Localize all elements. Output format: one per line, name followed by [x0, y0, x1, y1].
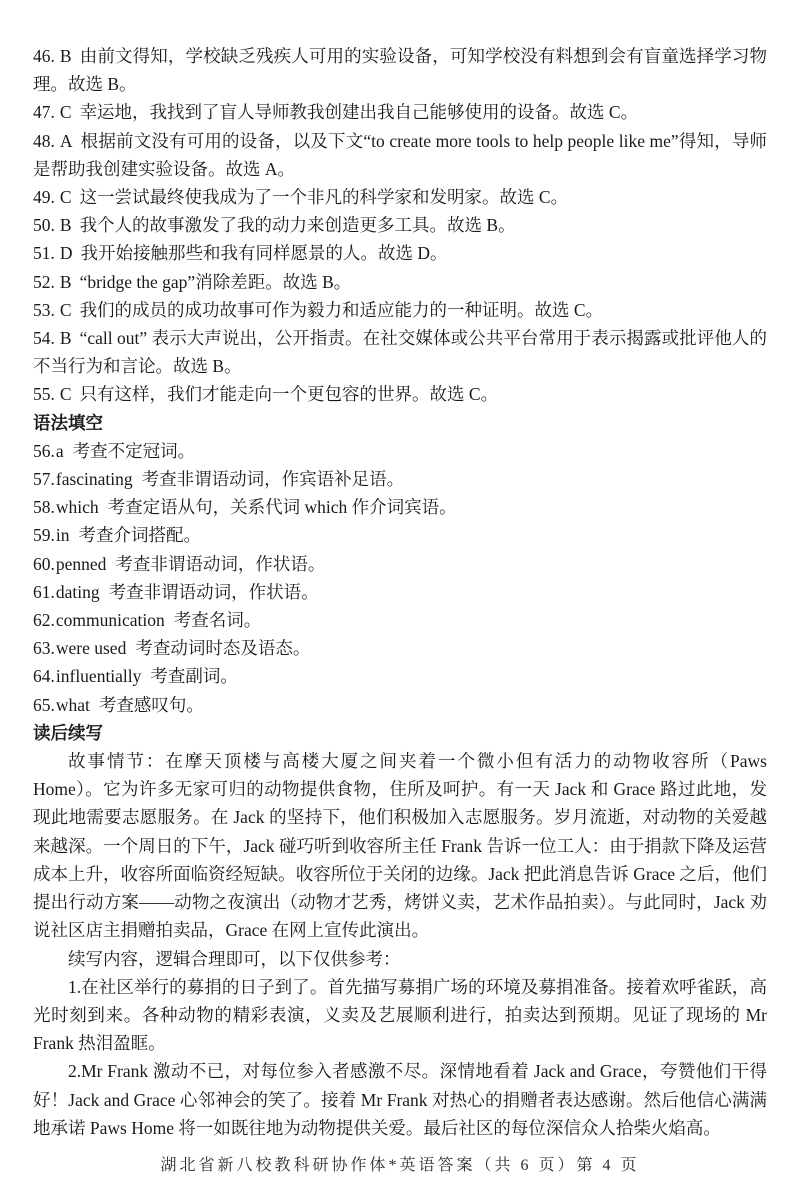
writing-note-paragraph: 续写内容，逻辑合理即可，以下仅供参考： [33, 945, 767, 973]
answer-word: what [56, 695, 90, 715]
grammar-note: 考查动词时态及语态。 [135, 638, 310, 658]
explanation-text: 根据前文没有可用的设备，以及下文“to create more tools to… [33, 131, 767, 179]
grammar-note: 考查名词。 [174, 610, 262, 630]
grammar-item-59: 59.in考查介词搭配。 [33, 521, 767, 549]
grammar-note: 考查非谓语动词，作状语。 [109, 582, 319, 602]
question-number: 57. [33, 469, 55, 489]
answer-item-47: 47.C幸运地，我找到了盲人导师教我创建出我自己能够使用的设备。故选 C。 [33, 98, 767, 126]
grammar-note: 考查非谓语动词，作状语。 [115, 554, 325, 574]
writing-plot-paragraph: 故事情节：在摩天顶楼与高楼大厦之间夹着一个微小但有活力的动物收容所（Paws H… [33, 747, 767, 944]
grammar-item-65: 65.what考查感叹句。 [33, 691, 767, 719]
grammar-item-62: 62.communication考查名词。 [33, 606, 767, 634]
answer-item-50: 50.B我个人的故事激发了我的动力来创造更多工具。故选 B。 [33, 211, 767, 239]
writing-sample-paragraph-1: 1.在社区举行的募捐的日子到了。首先描写募捐广场的环境及募捐准备。接着欢呼雀跃，… [33, 973, 767, 1058]
writing-section: 故事情节：在摩天顶楼与高楼大厦之间夹着一个微小但有活力的动物收容所（Paws H… [33, 747, 767, 1142]
cloze-answers-section: 46.B由前文得知，学校缺乏残疾人可用的实验设备，可知学校没有料想到会有盲童选择… [33, 42, 767, 409]
answer-word: dating [56, 582, 100, 602]
answer-item-54: 54.B“call out” 表示大声说出，公开指责。在社交媒体或公共平台常用于… [33, 324, 767, 380]
question-number: 63. [33, 638, 55, 658]
answer-letter: A [60, 131, 73, 151]
grammar-item-60: 60.penned考查非谓语动词，作状语。 [33, 550, 767, 578]
grammar-section-title: 语法填空 [33, 409, 767, 437]
question-number: 50. [33, 215, 55, 235]
question-number: 62. [33, 610, 55, 630]
question-number: 61. [33, 582, 55, 602]
answer-word: a [56, 441, 64, 461]
grammar-note: 考查定语从句，关系代词 which 作介词宾语。 [108, 497, 457, 517]
answer-item-46: 46.B由前文得知，学校缺乏残疾人可用的实验设备，可知学校没有料想到会有盲童选择… [33, 42, 767, 98]
question-number: 59. [33, 525, 55, 545]
question-number: 58. [33, 497, 55, 517]
answer-key-content: 46.B由前文得知，学校缺乏残疾人可用的实验设备，可知学校没有料想到会有盲童选择… [33, 42, 767, 1142]
answer-word: were used [56, 638, 126, 658]
document-page: 46.B由前文得知，学校缺乏残疾人可用的实验设备，可知学校没有料想到会有盲童选择… [0, 0, 800, 1201]
grammar-note: 考查非谓语动词，作宾语补足语。 [142, 469, 405, 489]
explanation-text: “call out” 表示大声说出，公开指责。在社交媒体或公共平台常用于表示揭露… [33, 328, 767, 376]
question-number: 51. [33, 243, 55, 263]
explanation-text: 只有这样，我们才能走向一个更包容的世界。故选 C。 [80, 384, 499, 404]
grammar-note: 考查副词。 [150, 666, 238, 686]
grammar-note: 考查介词搭配。 [79, 525, 202, 545]
grammar-item-64: 64.influentially考查副词。 [33, 662, 767, 690]
answer-letter: C [60, 300, 72, 320]
answer-letter: B [60, 328, 72, 348]
answer-letter: C [60, 187, 72, 207]
answer-item-52: 52.B“bridge the gap”消除差距。故选 B。 [33, 268, 767, 296]
answer-item-51: 51.D我开始接触那些和我有同样愿景的人。故选 D。 [33, 239, 767, 267]
question-number: 52. [33, 272, 55, 292]
grammar-answers-section: 56.a考查不定冠词。 57.fascinating考查非谓语动词，作宾语补足语… [33, 437, 767, 719]
grammar-item-57: 57.fascinating考查非谓语动词，作宾语补足语。 [33, 465, 767, 493]
footer-text: 湖北省新八校教科研协作体*英语答案（共 6 页）第 4 页 [160, 1157, 639, 1174]
answer-word: which [56, 497, 99, 517]
question-number: 64. [33, 666, 55, 686]
answer-word: fascinating [56, 469, 133, 489]
explanation-text: 我们的成员的成功故事可作为毅力和适应能力的一种证明。故选 C。 [80, 300, 604, 320]
answer-letter: B [60, 215, 72, 235]
explanation-text: 幸运地，我找到了盲人导师教我创建出我自己能够使用的设备。故选 C。 [80, 102, 639, 122]
explanation-text: “bridge the gap”消除差距。故选 B。 [80, 272, 352, 292]
question-number: 65. [33, 695, 55, 715]
question-number: 47. [33, 102, 55, 122]
grammar-note: 考查感叹句。 [99, 695, 204, 715]
question-number: 56. [33, 441, 55, 461]
answer-word: communication [56, 610, 165, 630]
question-number: 60. [33, 554, 55, 574]
answer-word: in [56, 525, 70, 545]
grammar-item-61: 61.dating考查非谓语动词，作状语。 [33, 578, 767, 606]
grammar-note: 考查不定冠词。 [73, 441, 196, 461]
writing-sample-paragraph-2: 2.Mr Frank 激动不已，对每位参入者感激不尽。深情地看着 Jack an… [33, 1057, 767, 1142]
question-number: 55. [33, 384, 55, 404]
answer-item-53: 53.C我们的成员的成功故事可作为毅力和适应能力的一种证明。故选 C。 [33, 296, 767, 324]
answer-letter: C [60, 384, 72, 404]
explanation-text: 我开始接触那些和我有同样愿景的人。故选 D。 [81, 243, 448, 263]
answer-letter: C [60, 102, 72, 122]
grammar-item-56: 56.a考查不定冠词。 [33, 437, 767, 465]
answer-word: influentially [56, 666, 142, 686]
grammar-item-63: 63.were used考查动词时态及语态。 [33, 634, 767, 662]
page-footer: 湖北省新八校教科研协作体*英语答案（共 6 页）第 4 页 [0, 1152, 800, 1175]
writing-section-title: 读后续写 [33, 719, 767, 747]
question-number: 48. [33, 131, 55, 151]
grammar-item-58: 58.which考查定语从句，关系代词 which 作介词宾语。 [33, 493, 767, 521]
explanation-text: 我个人的故事激发了我的动力来创造更多工具。故选 B。 [80, 215, 516, 235]
question-number: 54. [33, 328, 55, 348]
question-number: 46. [33, 46, 55, 66]
question-number: 49. [33, 187, 55, 207]
answer-letter: B [60, 46, 72, 66]
answer-item-49: 49.C这一尝试最终使我成为了一个非凡的科学家和发明家。故选 C。 [33, 183, 767, 211]
answer-letter: B [60, 272, 72, 292]
explanation-text: 这一尝试最终使我成为了一个非凡的科学家和发明家。故选 C。 [80, 187, 569, 207]
answer-letter: D [60, 243, 73, 263]
answer-item-48: 48.A根据前文没有可用的设备，以及下文“to create more tool… [33, 127, 767, 183]
answer-word: penned [56, 554, 107, 574]
question-number: 53. [33, 300, 55, 320]
answer-item-55: 55.C只有这样，我们才能走向一个更包容的世界。故选 C。 [33, 380, 767, 408]
explanation-text: 由前文得知，学校缺乏残疾人可用的实验设备，可知学校没有料想到会有盲童选择学习物理… [33, 46, 767, 94]
